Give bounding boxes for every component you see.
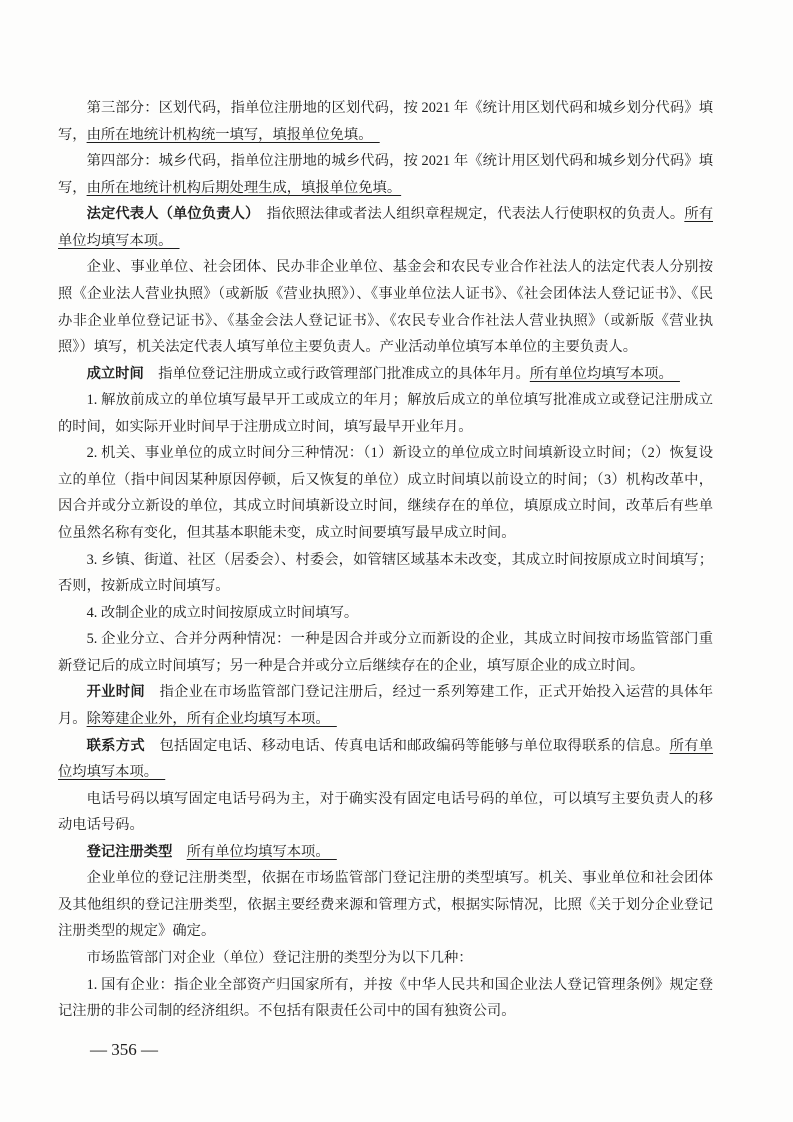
paragraph-13: 电话号码以填写固定电话号码为主，对于确实没有固定电话号码的单位，可以填写主要负责… bbox=[58, 786, 713, 839]
term-heading: 开业时间 bbox=[87, 684, 145, 700]
text-run: 包括固定电话、移动电话、传真电话和邮政编码等能够与单位取得联系的信息。 bbox=[145, 738, 670, 754]
paragraph-15: 企业单位的登记注册类型，依据在市场监管部门登记注册的类型填写。机关、事业单位和社… bbox=[58, 865, 713, 945]
underlined-requirement: 除筹建企业外，所有企业均填写本项。 bbox=[87, 711, 337, 727]
text-run: 4. 改制企业的成立时间按原成立时间填写。 bbox=[87, 605, 359, 621]
term-heading: 联系方式 bbox=[87, 738, 145, 754]
page-number: — 356 — bbox=[90, 1040, 158, 1060]
paragraph-10: 5. 企业分立、合并分两种情况：一种是因合并或分立而新设的企业，其成立时间按市场… bbox=[58, 626, 713, 679]
term-heading: 成立时间 bbox=[87, 366, 144, 382]
text-run: 电话号码以填写固定电话号码为主，对于确实没有固定电话号码的单位，可以填写主要负责… bbox=[58, 791, 713, 834]
underlined-requirement: 所有单位均填写本项。 bbox=[187, 844, 337, 860]
text-run bbox=[172, 844, 186, 860]
text-run: 1. 国有企业：指企业全部资产归国家所有，并按《中华人民共和国企业法人登记管理条… bbox=[58, 977, 713, 1020]
paragraph-6: 1. 解放前成立的单位填写最早开工或成立的年月；解放后成立的单位填写批准成立或登… bbox=[58, 387, 713, 440]
text-run: 3. 乡镇、街道、社区（居委会）、村委会，如管辖区域基本未改变，其成立时间按原成… bbox=[58, 552, 713, 595]
paragraph-1: 第三部分：区划代码，指单位注册地的区划代码，按 2021 年《统计用区划代码和城… bbox=[58, 95, 713, 148]
underlined-requirement: 由所在地统计机构后期处理生成，填报单位免填。 bbox=[87, 180, 402, 196]
text-run: 企业、事业单位、社会团体、民办非企业单位、基金会和农民专业合作社法人的法定代表人… bbox=[58, 259, 713, 355]
paragraph-9: 4. 改制企业的成立时间按原成立时间填写。 bbox=[58, 600, 713, 627]
paragraph-3: 法定代表人（单位负责人） 指依照法律或者法人组织章程规定，代表法人行使职权的负责… bbox=[58, 201, 713, 254]
term-heading: 法定代表人（单位负责人） bbox=[87, 206, 253, 222]
paragraph-7: 2. 机关、事业单位的成立时间分三种情况：（1）新设立的单位成立时间填新设立时间… bbox=[58, 440, 713, 546]
paragraph-17: 1. 国有企业：指企业全部资产归国家所有，并按《中华人民共和国企业法人登记管理条… bbox=[58, 972, 713, 1025]
paragraph-14: 登记注册类型 所有单位均填写本项。 bbox=[58, 839, 713, 866]
term-heading: 登记注册类型 bbox=[87, 844, 173, 860]
paragraph-12: 联系方式 包括固定电话、移动电话、传真电话和邮政编码等能够与单位取得联系的信息。… bbox=[58, 733, 713, 786]
underlined-requirement: 由所在地统计机构统一填写，填报单位免填。 bbox=[87, 127, 380, 143]
text-run: 企业单位的登记注册类型，依据在市场监管部门登记注册的类型填写。机关、事业单位和社… bbox=[58, 870, 713, 939]
paragraph-2: 第四部分：城乡代码，指单位注册地的城乡代码，按 2021 年《统计用区划代码和城… bbox=[58, 148, 713, 201]
text-run: 2. 机关、事业单位的成立时间分三种情况：（1）新设立的单位成立时间填新设立时间… bbox=[58, 445, 713, 541]
text-run: 市场监管部门对企业（单位）登记注册的类型分为以下几种： bbox=[87, 950, 473, 966]
paragraph-8: 3. 乡镇、街道、社区（居委会）、村委会，如管辖区域基本未改变，其成立时间按原成… bbox=[58, 547, 713, 600]
text-run: 1. 解放前成立的单位填写最早开工或成立的年月；解放后成立的单位填写批准成立或登… bbox=[58, 392, 713, 435]
underlined-requirement: 所有单位均填写本项。 bbox=[530, 366, 680, 382]
text-run: 指单位登记注册成立或行政管理部门批准成立的具体年月。 bbox=[144, 366, 530, 382]
paragraph-11: 开业时间 指企业在市场监管部门登记注册后，经过一系列筹建工作，正式开始投入运营的… bbox=[58, 679, 713, 732]
text-run: 5. 企业分立、合并分两种情况：一种是因合并或分立而新设的企业，其成立时间按市场… bbox=[58, 631, 713, 674]
paragraph-4: 企业、事业单位、社会团体、民办非企业单位、基金会和农民专业合作社法人的法定代表人… bbox=[58, 254, 713, 360]
document-body: 第三部分：区划代码，指单位注册地的区划代码，按 2021 年《统计用区划代码和城… bbox=[58, 95, 713, 1025]
paragraph-5: 成立时间 指单位登记注册成立或行政管理部门批准成立的具体年月。所有单位均填写本项… bbox=[58, 361, 713, 388]
paragraph-16: 市场监管部门对企业（单位）登记注册的类型分为以下几种： bbox=[58, 945, 713, 972]
text-run: 指依照法律或者法人组织章程规定，代表法人行使职权的负责人。 bbox=[252, 206, 684, 222]
